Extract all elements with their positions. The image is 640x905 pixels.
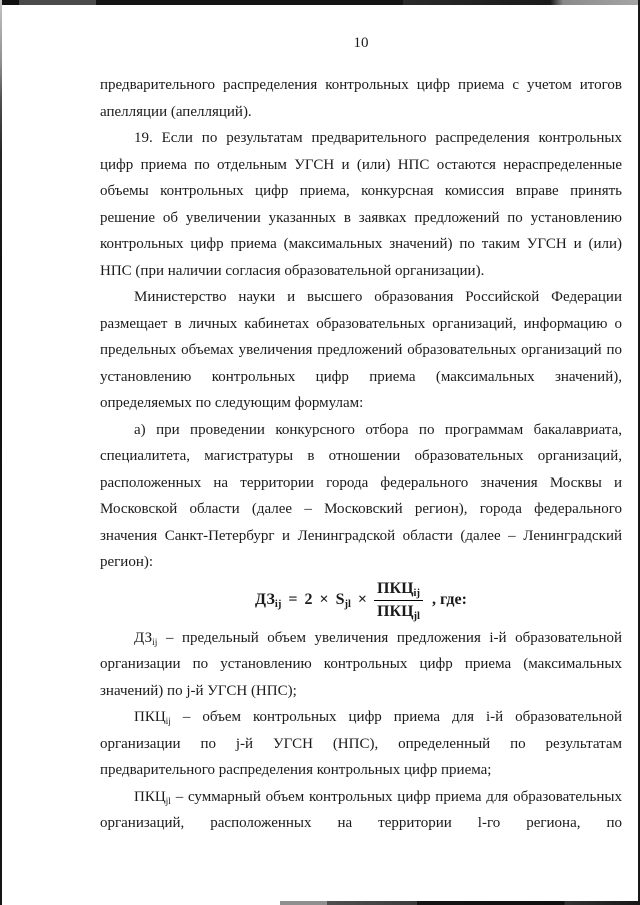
formula-times-sign-2: × [358,590,367,609]
formula-times-sign: × [319,590,328,609]
formula-equals-sign: = [288,590,297,609]
formula-numerator: ПКЦij [374,579,423,601]
formula-suffix: , где: [432,590,467,609]
formula: ДЗij = 2 × Sjl × ПКЦij ПКЦjl , где: [100,579,622,621]
page-content: 10 предварительного распределения контро… [100,0,622,837]
formula-lhs: ДЗij [255,590,281,609]
formula-numerator-subscript: ij [414,588,420,599]
paragraph-term-pkc-jl-definition: ПКЦjl – суммарный объем контрольных цифр… [100,784,622,837]
body-text: предварительного распределения контрольн… [100,72,622,837]
paragraph-term-dz-definition: ДЗij – предельный объем увеличения предл… [100,625,622,705]
paragraph-appeal-continuation: предварительного распределения контрольн… [100,72,622,125]
formula-variable-subscript: jl [344,599,350,610]
paragraph-item-19: 19. Если по результатам предварительного… [100,125,622,284]
scan-bottom-bar-artifact [280,901,640,905]
formula-denominator-subscript: jl [414,611,420,622]
formula-denominator: ПКЦjl [374,601,423,621]
formula-variable: Sjl [336,590,351,609]
paragraph-term-pkc-ij-definition: ПКЦij – объем контрольных цифр приема дл… [100,704,622,784]
page-number: 10 [100,34,622,52]
formula-lhs-subscript: ij [275,599,281,610]
paragraph-item-a: а) при проведении конкурсного отбора по … [100,417,622,576]
formula-fraction: ПКЦij ПКЦjl [374,579,423,621]
formula-coefficient: 2 [304,590,312,609]
scan-left-edge-artifact [0,0,2,905]
document-page: 10 предварительного распределения контро… [0,0,640,905]
paragraph-ministry: Министерство науки и высшего образования… [100,284,622,417]
